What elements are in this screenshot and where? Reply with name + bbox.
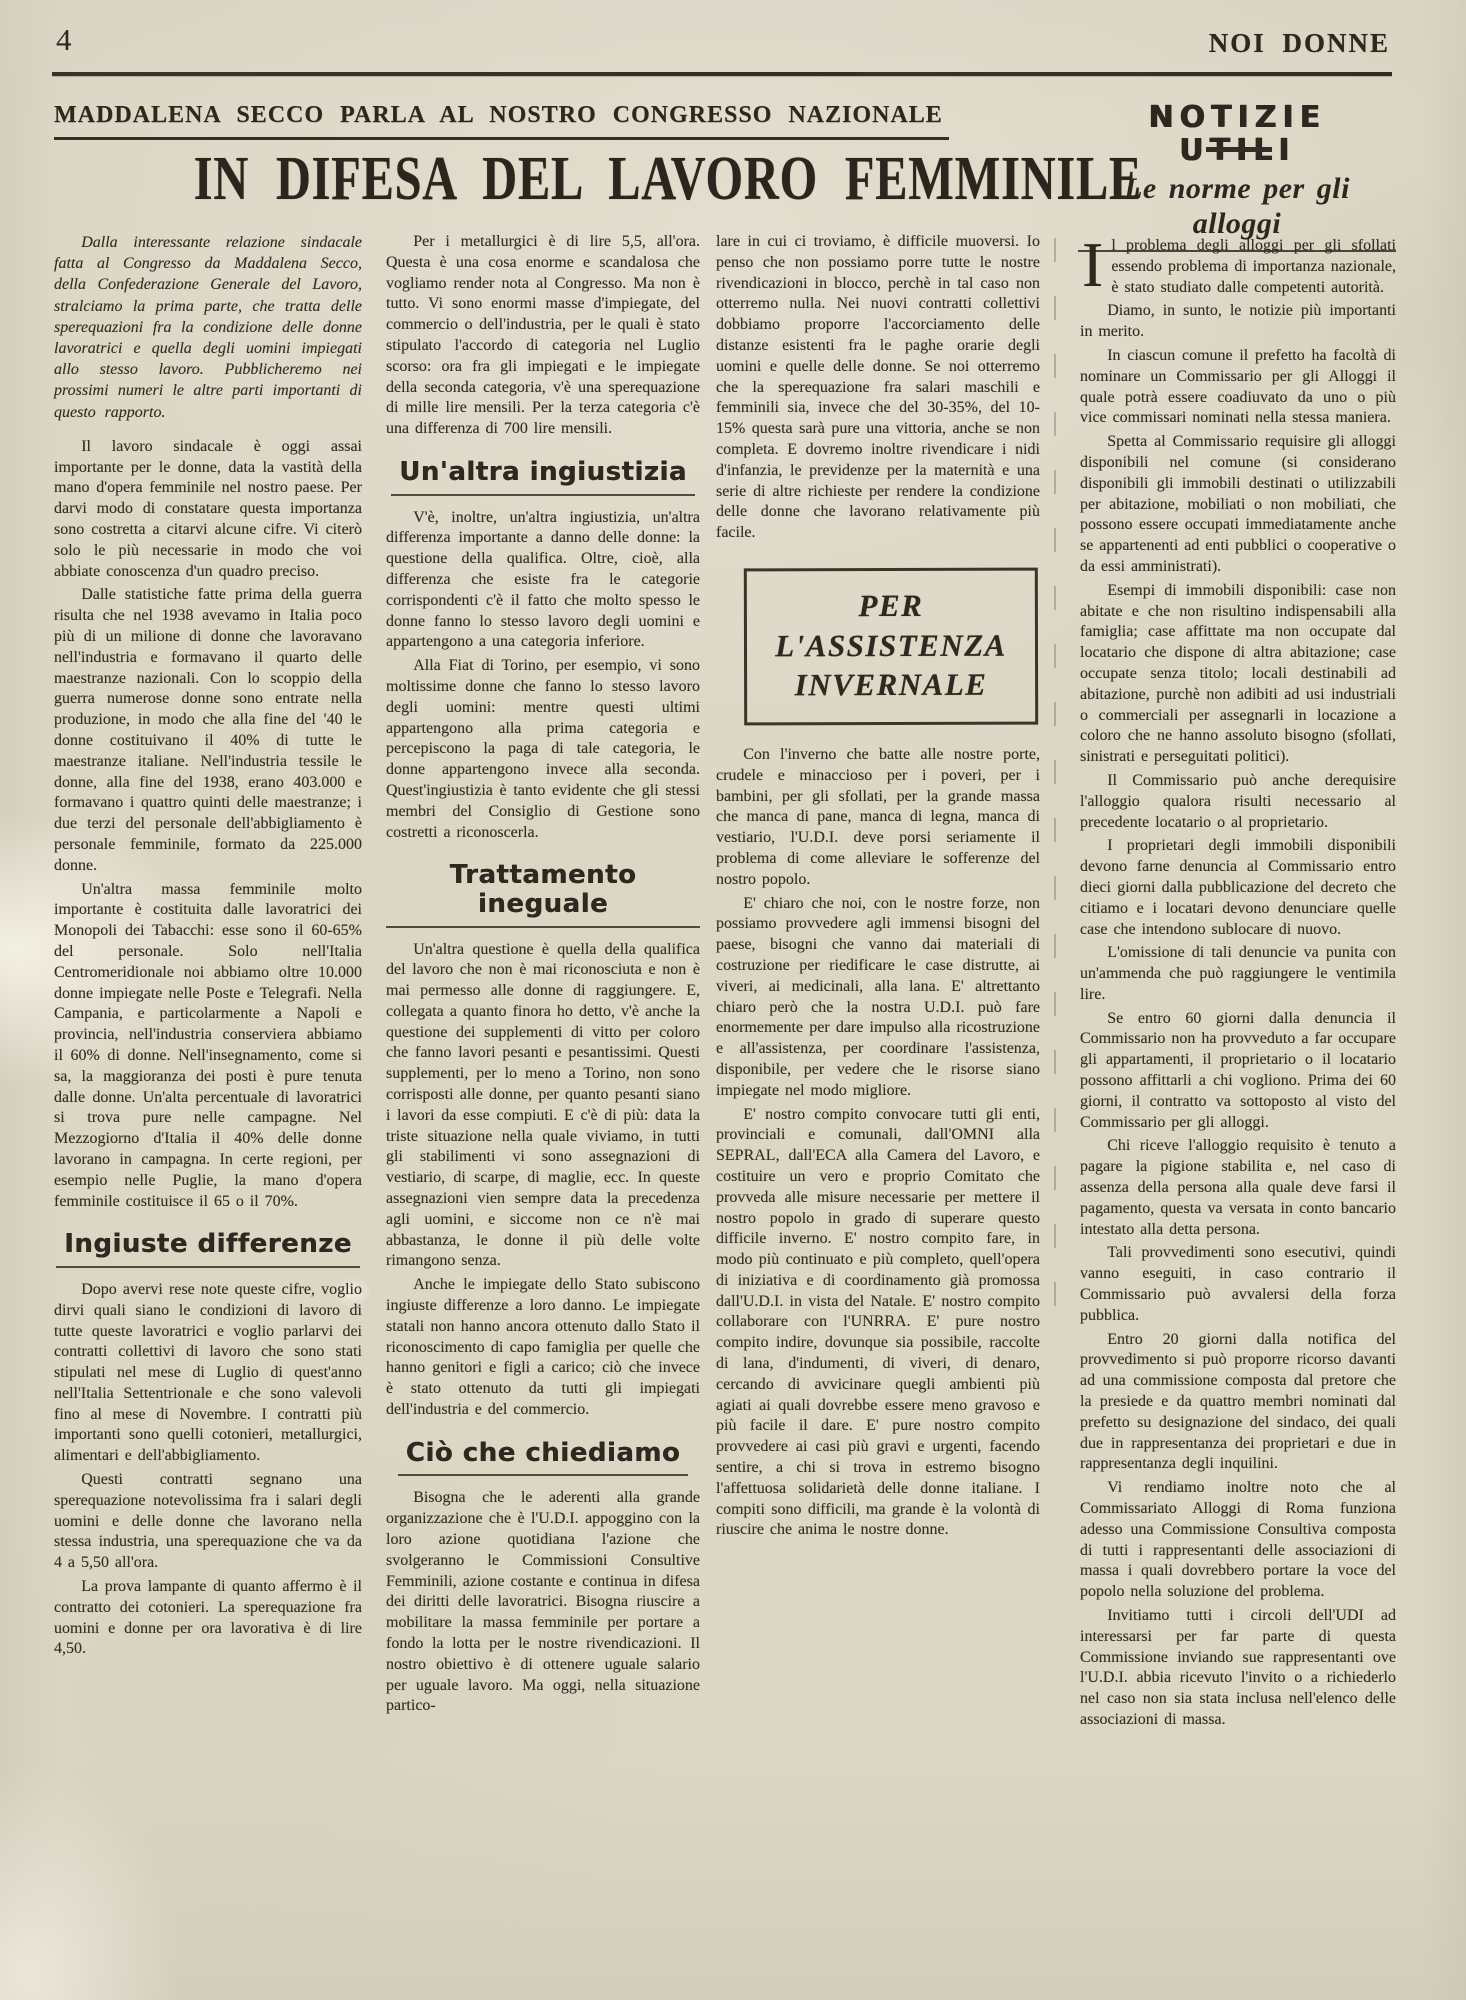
paragraph: Chi riceve l'alloggio requisito è tenuto…	[1080, 1136, 1396, 1240]
paragraph: E' nostro compito convocare tutti gli en…	[716, 1105, 1040, 1542]
paragraph: E' chiaro che noi, con le nostre forze, …	[716, 894, 1040, 1102]
paragraph: lare in cui ci troviamo, è difficile muo…	[716, 232, 1040, 544]
paragraph: Esempi di immobili disponibili: case non…	[1080, 581, 1396, 768]
kicker: MADDALENA SECCO PARLA AL NOSTRO CONGRESS…	[54, 102, 949, 140]
section-heading: Un'altra ingiustizia	[386, 458, 700, 496]
section-heading: Trattamento ineguale	[386, 861, 700, 927]
paragraph: Se entro 60 giorni dalla denuncia il Com…	[1080, 1009, 1396, 1134]
paragraph: Dopo avervi rese note queste cifre, vogl…	[54, 1280, 362, 1467]
paragraph: Il problema degli alloggi per gli sfolla…	[1080, 236, 1396, 298]
paragraph: Con l'inverno che batte alle nostre port…	[716, 745, 1040, 891]
section-heading-label: Ingiuste differenze	[56, 1230, 360, 1268]
newspaper-page: 4 NOI DONNE MADDALENA SECCO PARLA AL NOS…	[0, 0, 1466, 2000]
paragraph: Un'altra massa femminile molto important…	[54, 880, 362, 1213]
assistenza-invernale-box: PER L'ASSISTENZA INVERNALE	[744, 568, 1038, 726]
paragraph: Invitiamo tutti i circoli dell'UDI ad in…	[1080, 1606, 1396, 1731]
paragraph: Alla Fiat di Torino, per esempio, vi son…	[386, 656, 700, 843]
header-rule	[52, 72, 1392, 76]
section-heading-label: Trattamento ineguale	[386, 861, 700, 927]
section-heading: Ciò che chiediamo	[386, 1439, 700, 1477]
column-3: lare in cui ci troviamo, è difficile muo…	[716, 232, 1040, 1544]
paragraph: Spetta al Commissario requisire gli allo…	[1080, 432, 1396, 578]
paragraph: Il Commissario può anche derequisire l'a…	[1080, 771, 1396, 833]
headline-wrap: IN DIFESA DEL LAVORO FEMMINILE	[60, 148, 1020, 211]
column-1: Dalla interessante relazione sindacale f…	[54, 232, 362, 1663]
paragraph: La prova lampante di quanto affermo è il…	[54, 1577, 362, 1660]
headline: IN DIFESA DEL LAVORO FEMMINILE	[194, 148, 1142, 211]
section-heading-label: Ciò che chiediamo	[398, 1439, 689, 1477]
column-divider	[1054, 238, 1056, 1308]
page-number: 4	[56, 24, 72, 55]
masthead: NOI DONNE	[1209, 30, 1390, 57]
paragraph: Entro 20 giorni dalla notifica del provv…	[1080, 1330, 1396, 1476]
paragraph: V'è, inoltre, un'altra ingiustizia, un'a…	[386, 508, 700, 654]
section-heading-label: Un'altra ingiustizia	[391, 458, 695, 496]
paragraph: Anche le impiegate dello Stato subiscono…	[386, 1275, 700, 1421]
drop-cap: I	[1080, 236, 1111, 289]
section-heading: Ingiuste differenze	[54, 1230, 362, 1268]
column-4: Il problema degli alloggi per gli sfolla…	[1080, 236, 1396, 1734]
notizie-utili-title: NOTIZIE UTILI	[1078, 101, 1396, 167]
paragraph: Questi contratti segnano una sperequazio…	[54, 1470, 362, 1574]
paragraph: Vi rendiamo inoltre noto che al Commissa…	[1080, 1478, 1396, 1603]
paragraph: Per i metallurgici è di lire 5,5, all'or…	[386, 232, 700, 440]
notizie-utili-underline	[1206, 147, 1272, 152]
paragraph: Tali provvedimenti sono esecutivi, quind…	[1080, 1243, 1396, 1326]
paragraph: Un'altra questione è quella della qualif…	[386, 940, 700, 1273]
column-2: Per i metallurgici è di lire 5,5, all'or…	[386, 232, 700, 1720]
paragraph: Diamo, in sunto, le notizie più importan…	[1080, 301, 1396, 343]
paragraph: Il lavoro sindacale è oggi assai importa…	[54, 437, 362, 583]
paragraph: Bisogna che le aderenti alla grande orga…	[386, 1488, 700, 1717]
paragraph: L'omissione di tali denuncie va punita c…	[1080, 943, 1396, 1005]
intro-paragraph: Dalla interessante relazione sindacale f…	[54, 232, 362, 423]
paragraph: In ciascun comune il prefetto ha facoltà…	[1080, 346, 1396, 429]
paragraph: Dalle statistiche fatte prima della guer…	[54, 585, 362, 876]
paragraph: I proprietari degli immobili disponibili…	[1080, 836, 1396, 940]
